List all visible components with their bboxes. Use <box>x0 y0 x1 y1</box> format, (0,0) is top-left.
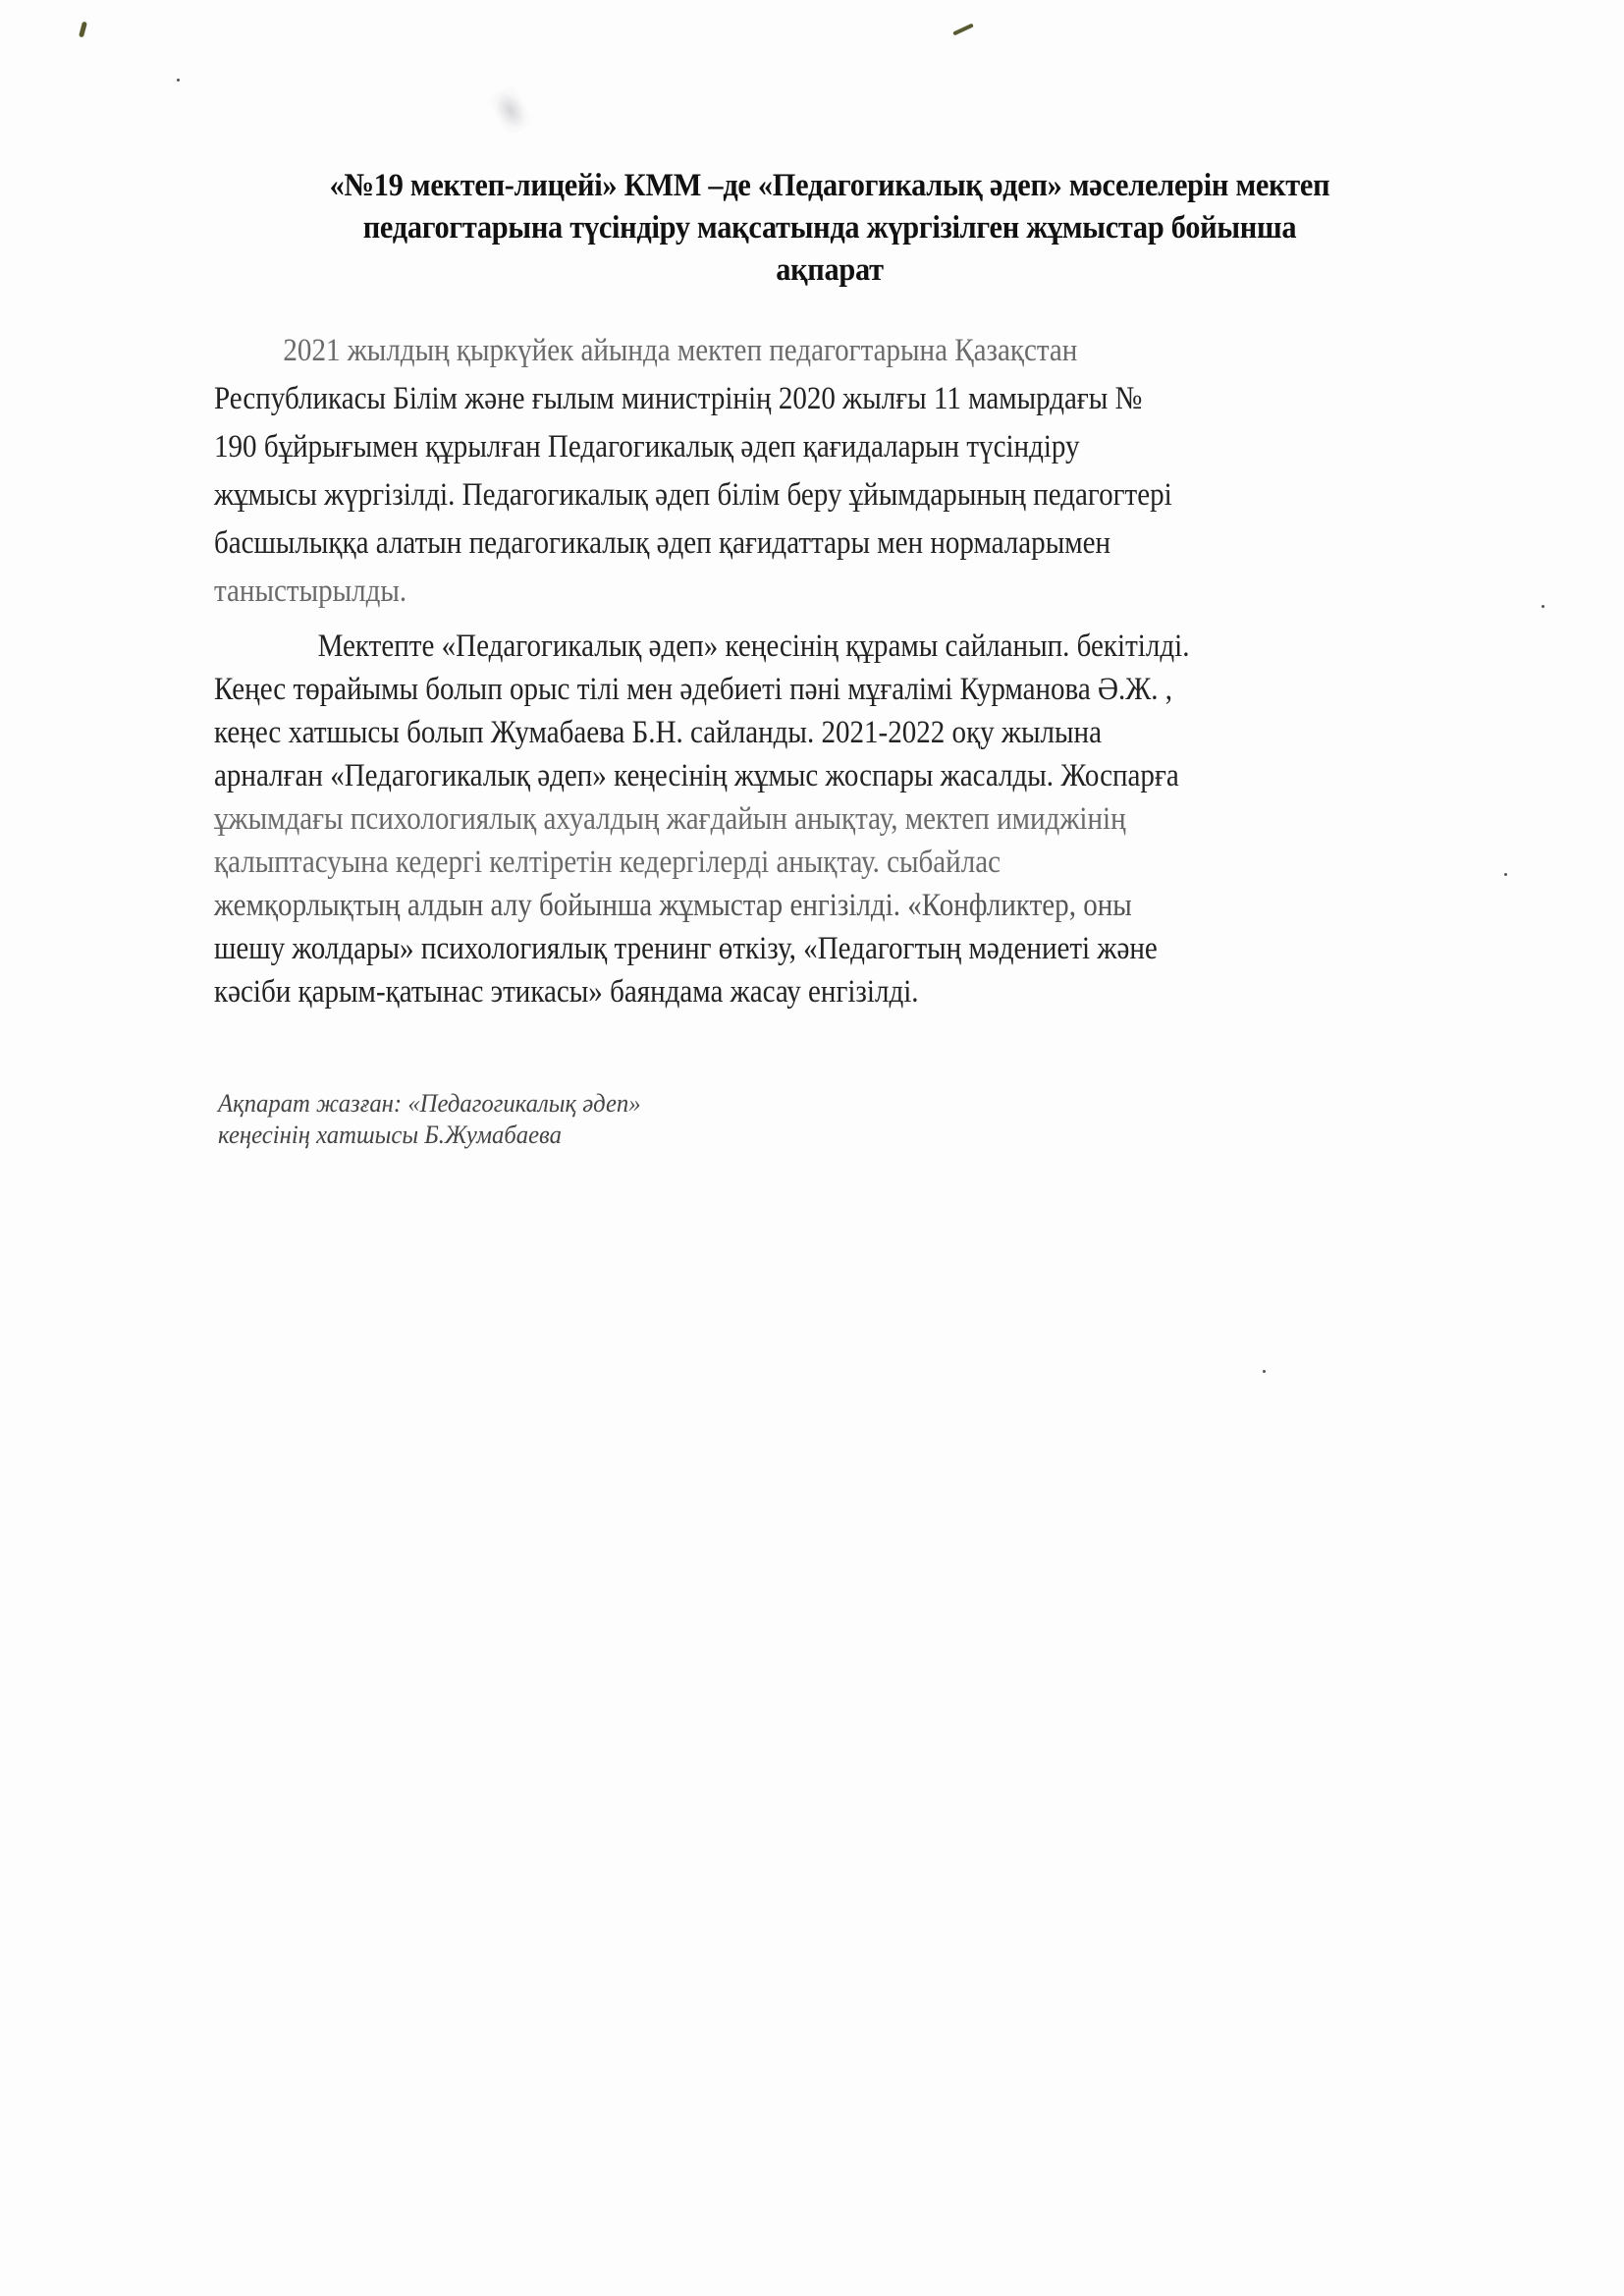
paragraph-2: Мектепте «Педагогикалық әдеп» кеңесінің … <box>214 625 1337 1013</box>
paragraph-line: басшылыққа алатын педагогикалық әдеп қағ… <box>214 519 1337 568</box>
paragraph-line: шешу жолдары» психологиялық тренинг өткі… <box>214 927 1337 970</box>
scan-speck <box>177 79 180 82</box>
paragraph-line: кәсіби қарым-қатынас этикасы» баяндама ж… <box>214 970 1337 1013</box>
paragraph-line: арналған «Педагогикалық әдеп» кеңесінің … <box>214 754 1337 797</box>
scan-smudge <box>487 84 534 137</box>
paragraph-1: 2021 жылдың қыркүйек айында мектеп педаг… <box>214 327 1337 616</box>
paragraph-line: кеңес хатшысы болып Жумабаева Б.Н. сайла… <box>214 711 1337 754</box>
signature-line: Ақпарат жазған: «Педагогикалық әдеп» <box>218 1088 641 1120</box>
paragraph-line: қалыптасуына кедергі келтіретін кедергіл… <box>214 841 1337 884</box>
paragraph-line: ұжымдағы психологиялық ахуалдың жағдайын… <box>214 797 1337 841</box>
scan-mark <box>79 22 87 38</box>
paragraph-line: Республикасы Білім және ғылым министріні… <box>214 375 1337 423</box>
paragraph-line: 190 бұйрығымен құрылған Педагогикалық әд… <box>214 423 1337 471</box>
paragraph-line: 2021 жылдың қыркүйек айында мектеп педаг… <box>214 327 1337 375</box>
scan-speck <box>1263 1370 1266 1373</box>
signature-line: кеңесінің хатшысы Б.Жумабаева <box>218 1120 641 1151</box>
title-line: ақпарат <box>256 249 1403 292</box>
scan-speck <box>1542 605 1544 608</box>
paragraph-line: жұмысы жүргізілді. Педагогикалық әдеп бі… <box>214 471 1337 519</box>
scan-mark <box>952 24 974 36</box>
title-line: педагогтарына түсіндіру мақсатында жүргі… <box>256 207 1403 249</box>
scanned-page: «№19 мектеп-лицейі» КММ –де «Педагогикал… <box>0 0 1624 2296</box>
scan-speck <box>1504 873 1507 876</box>
document-title: «№19 мектеп-лицейі» КММ –де «Педагогикал… <box>256 165 1403 292</box>
paragraph-line: жемқорлықтың алдын алу бойынша жұмыстар … <box>214 884 1337 927</box>
paragraph-line: таныстырылды. <box>214 568 1337 616</box>
paragraph-line: Мектепте «Педагогикалық әдеп» кеңесінің … <box>214 625 1337 668</box>
title-line: «№19 мектеп-лицейі» КММ –де «Педагогикал… <box>256 165 1403 207</box>
signature-block: Ақпарат жазған: «Педагогикалық әдеп» кең… <box>218 1088 641 1151</box>
paragraph-line: Кеңес төрайымы болып орыс тілі мен әдеби… <box>214 668 1337 711</box>
